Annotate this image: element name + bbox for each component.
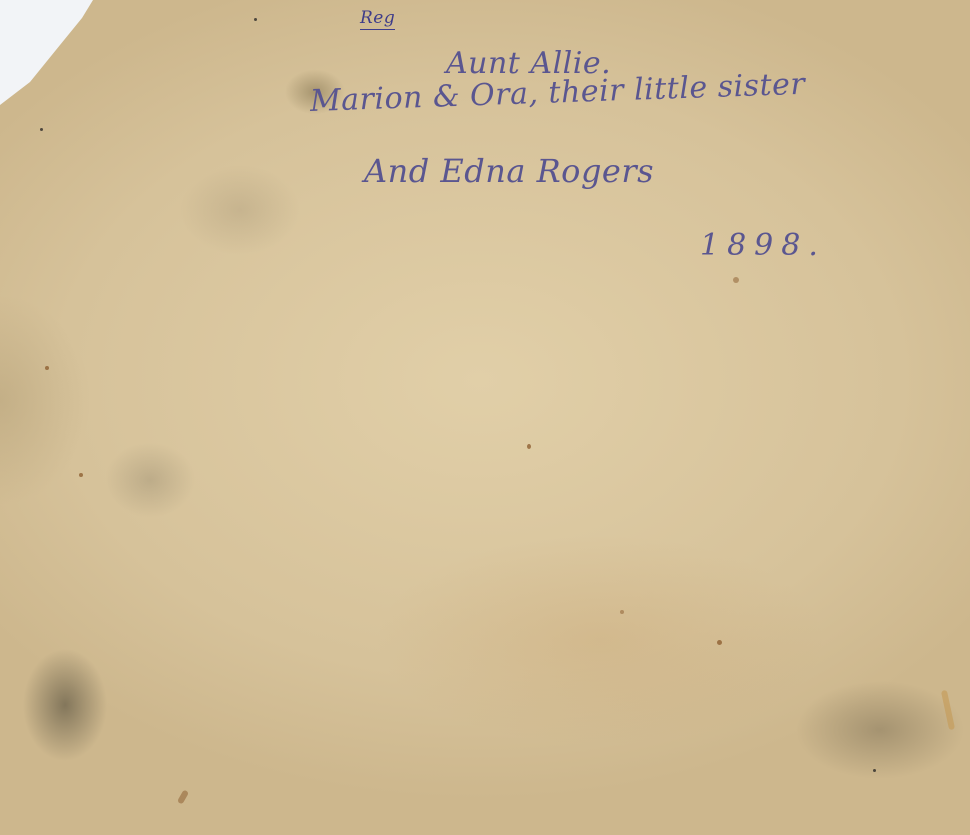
stain-speck xyxy=(45,366,49,370)
reference-mark: Reg xyxy=(360,8,395,30)
stain-speck xyxy=(79,473,83,477)
stain-speck xyxy=(40,128,43,131)
stain-speck xyxy=(620,610,624,614)
handwritten-line-2: Marion & Ora, their little sister xyxy=(309,67,805,119)
stain-speck xyxy=(733,277,739,283)
stain-speck xyxy=(717,640,722,645)
scanned-photo-back: Reg Aunt Allie. Marion & Ora, their litt… xyxy=(0,0,970,835)
stain-speck xyxy=(254,18,257,21)
handwritten-year: 1898. xyxy=(700,228,826,263)
aged-card-surface: Reg Aunt Allie. Marion & Ora, their litt… xyxy=(0,0,970,835)
handwritten-line-3: And Edna Rogers xyxy=(364,152,654,190)
stain-speck xyxy=(941,690,955,730)
stain-speck xyxy=(873,769,876,772)
stain-speck xyxy=(527,444,531,449)
stain-speck xyxy=(177,789,189,804)
